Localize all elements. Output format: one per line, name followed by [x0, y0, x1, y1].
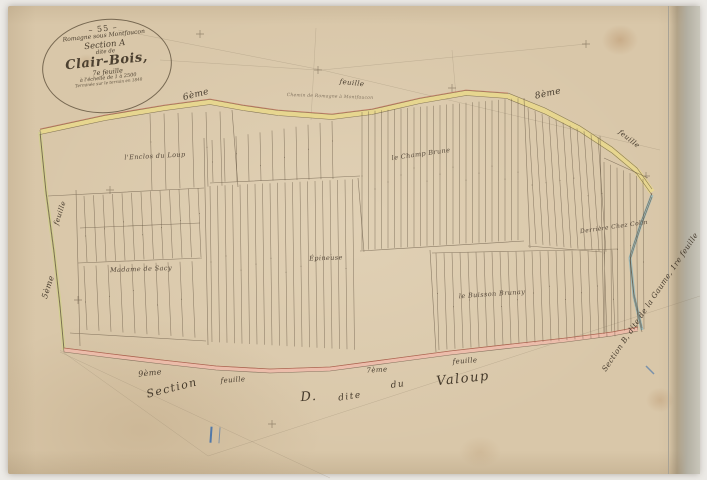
parcel-number-dot — [485, 293, 486, 294]
parcel-number-dot — [597, 285, 598, 286]
parcel-number-dot — [284, 157, 285, 158]
parcel-number-dot — [362, 176, 363, 177]
parcel-number-dot — [180, 220, 181, 221]
parcel-number-dot — [109, 296, 110, 297]
parcel-number-dot — [613, 299, 614, 300]
east-boundary-stream-edge — [630, 197, 652, 332]
parcel-number-dot — [466, 180, 467, 181]
parcel-number-dot — [142, 234, 143, 235]
parcel-number-dot — [104, 228, 105, 229]
parcel-number-dot — [179, 154, 180, 155]
parcel-number-dot — [440, 174, 441, 175]
parcel-number-dot — [574, 178, 575, 179]
parcel-number-dot — [286, 272, 287, 273]
parcel-number-dot — [532, 185, 533, 186]
parcel-number-dot — [332, 141, 333, 142]
east-boundary-stream — [630, 195, 652, 330]
parcel-number-dot — [331, 254, 332, 255]
parcel-number-dot — [643, 261, 644, 262]
blue-pencil-mark — [209, 427, 220, 444]
parcel-number-dot — [157, 304, 158, 305]
parcel-number-dot — [256, 264, 257, 265]
parcel-number-dot — [133, 290, 134, 291]
parcel-number-dot — [161, 227, 162, 228]
parcel-number-dot — [427, 181, 428, 182]
parcel-number-dot — [469, 299, 470, 300]
parcel-number-dot — [533, 292, 534, 293]
parcel-number-dot — [207, 147, 208, 148]
parcel-number-dot — [479, 173, 480, 174]
parcel-number-dot — [453, 306, 454, 307]
parcel-number-dot — [375, 189, 376, 190]
parcel-number-dot — [604, 253, 605, 254]
east-boundary-stream-edge — [630, 193, 652, 328]
parcel-number-dot — [560, 180, 561, 181]
parcel-number-dot — [346, 268, 347, 269]
parcel-number-dot — [518, 172, 519, 173]
blue-dash — [646, 366, 654, 374]
parcel-number-dot — [565, 299, 566, 300]
parcel-number-dot — [388, 182, 389, 183]
parcel-number-dot — [546, 182, 547, 183]
parcel-number-dot — [85, 302, 86, 303]
parcel-number-dot — [630, 245, 631, 246]
parcel-number-dot — [492, 166, 493, 167]
parcel-number-dot — [271, 258, 272, 259]
parcel-number-dot — [453, 167, 454, 168]
parcel-number-dot — [226, 256, 227, 257]
parcel-number-dot — [199, 213, 200, 214]
parcel-number-dot — [236, 153, 237, 154]
parcel-number-dot — [308, 149, 309, 150]
parcel-number-dot — [212, 162, 213, 163]
parcel-number-dot — [505, 179, 506, 180]
parcel-number-dot — [123, 221, 124, 222]
parcel-number-dot — [588, 195, 589, 196]
parcel-number-dot — [437, 293, 438, 294]
parcel-number-dot — [301, 266, 302, 267]
parcel-number-dot — [401, 175, 402, 176]
northeast-road-edge — [508, 99, 652, 195]
parcel-number-dot — [211, 262, 212, 263]
parcel-number-dot — [549, 286, 550, 287]
parcel-number-dot — [181, 299, 182, 300]
parcel-number-dot — [316, 260, 317, 261]
parcel-number-dot — [617, 249, 618, 250]
parcel-number-dot — [501, 306, 502, 307]
south-boundary-road — [64, 329, 638, 371]
parcel-number-dot — [151, 142, 152, 143]
parcel-number-dot — [414, 168, 415, 169]
parcel-number-dot — [85, 236, 86, 237]
parcel-number-dot — [581, 292, 582, 293]
parcel-number-dot — [241, 270, 242, 271]
scanned-map-sheet: l'Enclos du Louple Champ BruneMadame de … — [0, 0, 707, 480]
parcel-number-dot — [517, 299, 518, 300]
parcel-number-dot — [260, 165, 261, 166]
parcel-number-dot — [602, 193, 603, 194]
